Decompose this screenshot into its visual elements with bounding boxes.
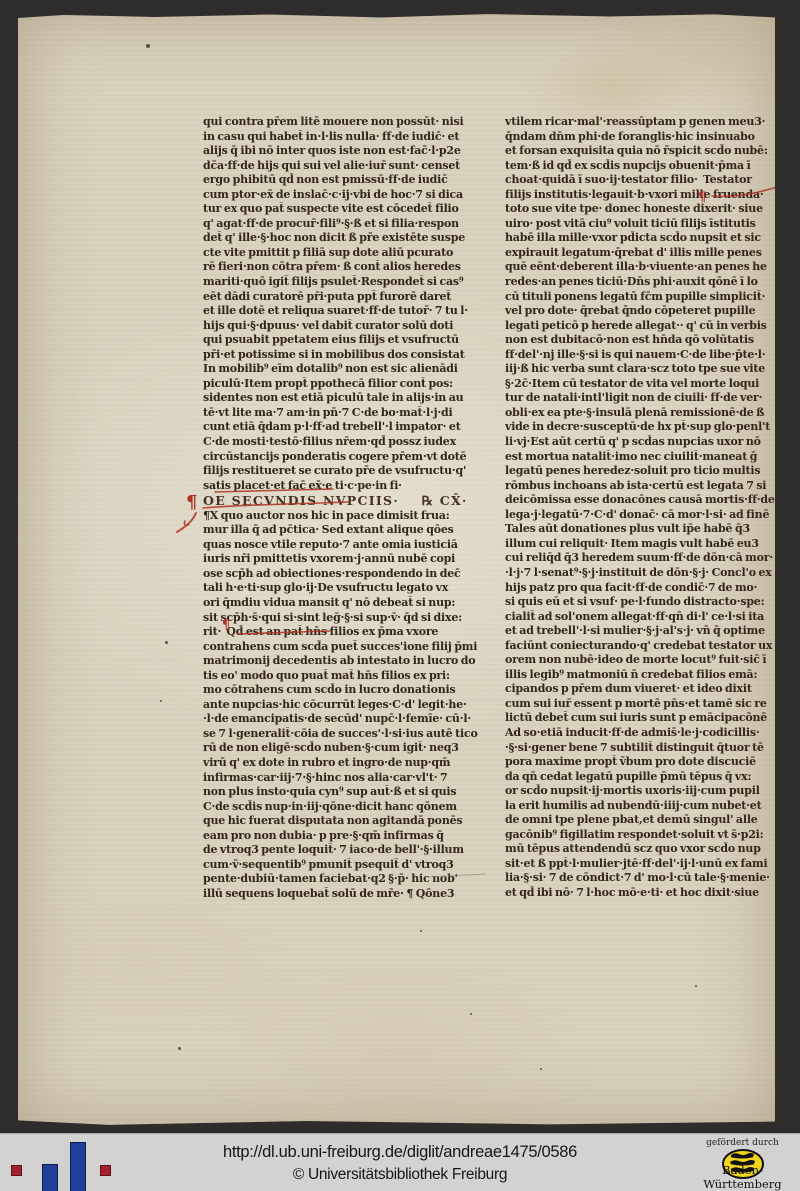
text-line: §·2c̄·Item cū testator de vita vel morte… <box>505 377 787 392</box>
text-line: vide in decre·susceptū·de hx pt̄·sup glo… <box>505 420 787 435</box>
text-line: pr̄i·et potissime si in mobilibus dos co… <box>203 348 485 363</box>
text-line: cui reliq̄d q̄3 heredem suum·ff·de dōn·c… <box>505 551 787 566</box>
pilcrow-tail <box>177 513 196 532</box>
text-line: orem non nubē·ideo de morte locut⁹ fuit·… <box>505 653 787 668</box>
text-line: si quis eū et si vsuf· pe·l·fundo distra… <box>505 595 787 610</box>
text-line: satis placet·et fac̄ ex̄·e ti·c·pe·in fi… <box>203 479 485 494</box>
text-line: et ad trebell'·l·si mulier·§·j·al's·j· v… <box>505 624 787 639</box>
text-line: tur ex quo pat̄ suspecte vite est cōcede… <box>203 202 485 217</box>
text-line: C·de scd̄is nup·in·iij·qōne·dicit hanc q… <box>203 800 485 815</box>
text-line: ff·del'·nj ille·§·si is qui nauem·C·de l… <box>505 348 787 363</box>
text-line: rē fieri·non cōtra pr̄em· ß cont̄ alios … <box>203 260 485 275</box>
chapter-rubric: OE SECVNDIS NVPCIIS· ℞ CX̄· <box>203 493 485 509</box>
text-line: infirmas·car·iij·7·§·hinc nos alia·car·v… <box>203 771 485 786</box>
text-line: tē·vt lite ma·7 am·in pn̄·7 C·de bo·mat̄… <box>203 406 485 421</box>
text-line: ose scp̄h ad obiectiones·respondendo in … <box>203 567 485 582</box>
scan-viewer: { "page": { "heading": "OE SECVNDIS NVPC… <box>0 0 800 1191</box>
text-line: ·l·j·7 l·senat⁹·§·j·instituit de dōn·§·j… <box>505 566 787 581</box>
page-speck <box>160 700 162 702</box>
text-line: tis eo' modo quo puat̄ mat̄ hn̄s filios … <box>203 669 485 684</box>
text-line: illis legib⁹ matmoniū n̄ credebat filios… <box>505 668 787 683</box>
text-line: iij·ß hic verba sunt clara·scz toto tpe … <box>505 362 787 377</box>
text-line: ·l·de emancipatis·de secūd' nupc̄·l·femī… <box>203 712 485 727</box>
text-line: tem·ß id qd̄ ex scd̄is nupcijs obuenit·p… <box>505 159 787 174</box>
text-line: eam pro non dubia· p pre·§·qm̄ infirmas … <box>203 829 485 844</box>
text-column-right: vtilem ricar·mal'·reassūptam p genen meu… <box>505 115 787 901</box>
text-line: lega·j·legatū·7·C·d' donac̄· cā mor·l·si… <box>505 508 787 523</box>
text-line: toto sue vite tpe· donec honeste dixerit… <box>505 202 787 217</box>
text-line: det̄ q' ille·§·hoc non dicit ß pr̄e exis… <box>203 231 485 246</box>
text-line: filijs institutis·legauit·b·vxori mille … <box>505 188 787 203</box>
text-line: se 7 l·generalit̄·cōia de succes'·l·si·i… <box>203 727 485 742</box>
text-line: et qd̄ ibi nō· 7 l·hoc mō·e·ti· et hoc d… <box>505 886 787 901</box>
text-line: rū de non eligē·scd̄o nuben·§·cum igit̄·… <box>203 741 485 756</box>
text-line: cialit̄ ad sol'onem allegat·ff·qn̄ di·l'… <box>505 610 787 625</box>
text-line: hijs qui·§·dpuus· vel dabit̄ curator sol… <box>203 319 485 334</box>
funder-name: Baden-Württemberg <box>690 1163 795 1191</box>
rubric-pilcrow-icon: ¶ <box>222 618 230 633</box>
text-line: obli·ex ea pte·§·insulā plenā remissionē… <box>505 406 787 421</box>
text-line: est mortua natalit̄·imo nec ciuilit̄·man… <box>505 450 787 465</box>
text-line: iuris nr̄i pmittetis vxorem·j·annū nubē … <box>203 552 485 567</box>
column-section-lower: ¶X quo auctor nos hic in pace dimisit fr… <box>203 509 485 902</box>
text-line: qui contra pr̄em litē mouere non possūt·… <box>203 115 485 130</box>
text-line: ori q̄mdiu vidua mansit q' nō debeat̄ si… <box>203 596 485 611</box>
text-line: li·vj·Est aūt certū q' p scd̄as nupcias … <box>505 435 787 450</box>
text-line: circūstancijs ponderatis cogere pr̄em·vt… <box>203 450 485 465</box>
text-line: cte vite pmittit p filiā sup dote aliū p… <box>203 246 485 261</box>
text-line: pora maxime propt̄ v̄bum pro dote discuc… <box>505 755 787 770</box>
text-line: pente·dubiū·tamen faciebat·q2 §·p̄· hic … <box>203 872 485 887</box>
rubric-pilcrow-icon: ¶ <box>186 492 197 513</box>
text-line: Tales aūt donationes plus vult ip̄e habē… <box>505 522 787 537</box>
text-line: In mobilib⁹ eīm dotalib⁹ non est sic ali… <box>203 362 485 377</box>
column-section-upper: qui contra pr̄em litē mouere non possūt·… <box>203 115 485 493</box>
text-line: et forsan exquisita quia nō r̄spicit scd… <box>505 144 787 159</box>
text-line: redes·an penes ticiū·Dn̄s phi·auxit qōnē… <box>505 275 787 290</box>
text-line: legatū penes heredez·soluit pro ticio mu… <box>505 464 787 479</box>
caption-bar: http://dl.ub.uni-freiburg.de/diglit/andr… <box>0 1133 800 1191</box>
text-line: la erit humilis ad nubendū·iiij·cum nube… <box>505 799 787 814</box>
page-speck <box>695 985 697 987</box>
text-line: cum sui iur̄ essent p mortē pn̄s·et tamē… <box>505 697 787 712</box>
text-line: rōmbus inchoans ab ista·certū est legata… <box>505 479 787 494</box>
text-line: q' agat·ff·de procur̄·fili⁹·§·ß et si fi… <box>203 217 485 232</box>
page-speck <box>165 641 168 644</box>
text-line: qui psuabit ppetatem eius filijs et vsuf… <box>203 333 485 348</box>
text-line: tur de natali·intl'ligit non de ciuili· … <box>505 391 787 406</box>
text-line: choat·quidā ī suo·ij·testator filio· Tes… <box>505 173 787 188</box>
text-line: vel pro dote· q̄rebat q̄ndo cōpeteret pu… <box>505 304 787 319</box>
document-url[interactable]: http://dl.ub.uni-freiburg.de/diglit/andr… <box>0 1143 800 1162</box>
text-line: cunt etiā q̄dam p·l·ff·ad trebell'·l imp… <box>203 420 485 435</box>
text-line: non est dubitacō·non est hn̄da qō volūta… <box>505 333 787 348</box>
text-line: sit scp̄h·s̄·qui si·sint leḡ·§·si sup·v̄… <box>203 611 485 626</box>
text-line: deicōmissa esse donacōnes causā mortis·f… <box>505 493 787 508</box>
text-line: or scd̄o nupsit·ij·mortis uxoris·iij·cum… <box>505 784 787 799</box>
page-speck <box>470 1013 472 1015</box>
text-line: uiro· post vitā ciu⁹ voluit ticiū filijs… <box>505 217 787 232</box>
page-speck <box>420 930 422 932</box>
text-line: expirauit legatum·q̄rebat d' illis mille… <box>505 246 787 261</box>
text-line: da qn̄ cedat legatū pupille p̄mū tēpus q… <box>505 770 787 785</box>
text-line: mur illa q̄ ad pc̄tica· Sed extant aliqu… <box>203 523 485 538</box>
text-line: virū q' ex dote in rubro et ingro·de nup… <box>203 756 485 771</box>
page-speck <box>146 44 150 48</box>
text-column-left: qui contra pr̄em litē mouere non possūt·… <box>203 115 485 901</box>
text-line: mū tēpus attendendū scz quo vxor scd̄o n… <box>505 842 787 857</box>
text-line: cipandos p pr̄em dum viueret· et ideo di… <box>505 682 787 697</box>
text-line: lictū debet̄ cum sui iuris sunt p emācip… <box>505 711 787 726</box>
copyright-notice: © Universitätsbibliothek Freiburg <box>0 1166 800 1184</box>
text-line: q̄ndam dn̄m phi·de foranglis·hic insinua… <box>505 130 787 145</box>
text-line: illum cui reliquit· Item magis vult habē… <box>505 537 787 552</box>
column-section: vtilem ricar·mal'·reassūptam p genen meu… <box>505 115 787 901</box>
text-line: vtilem ricar·mal'·reassūptam p genen meu… <box>505 115 787 130</box>
text-line: non plus insto·quia cyn⁹ sup aut̄·ß et s… <box>203 785 485 800</box>
text-line: mariti·quō igit̄ filijs psulet̄·Responde… <box>203 275 485 290</box>
text-line: ante nupcias·hic cōcurrūt leges·C·d' leg… <box>203 698 485 713</box>
text-line: cum ptor·ex̄ de inslac̄·c·ij·vbi de hoc·… <box>203 188 485 203</box>
text-line: cū tituli ponens legatū fc̄m pupille sim… <box>505 290 787 305</box>
text-line: tali h·e·ti·sup glo·ij·De vsufructu lega… <box>203 581 485 596</box>
text-line: dc̄a·ff·de hijs qui sui vel alie·iur̄ su… <box>203 159 485 174</box>
funder-label: gefördert durch <box>690 1138 795 1148</box>
text-line: Ad so·etiā inducit·ff·de admis̄·le·j·cod… <box>505 726 787 741</box>
text-line: legati peticō p herede allegat·· q' cū i… <box>505 319 787 334</box>
page-speck <box>178 1047 181 1050</box>
funder-block: gefördert durch Baden-Württemberg <box>690 1134 795 1191</box>
text-line: que hic fuerat disputata non agitandā po… <box>203 814 485 829</box>
text-line: alijs q̄ ibi nō inter quos iste non est·… <box>203 144 485 159</box>
text-line: matrimonij decedentis ab intestato in lu… <box>203 654 485 669</box>
text-line: eēt dādi curatorē pr̄i·puta ppt̄ furorē … <box>203 290 485 305</box>
manuscript-page: qui contra pr̄em litē mouere non possūt·… <box>18 13 775 1126</box>
rubric-pilcrow-icon: ¶ <box>698 190 706 205</box>
text-line: faciūnt coniecturando·q' credebat testat… <box>505 639 787 654</box>
text-line: hijs patz pro qua facit·ff·de condic̄·7 … <box>505 581 787 596</box>
text-line: sidentes non est etiā piculū tale in ali… <box>203 391 485 406</box>
text-line: de omni tpe plene pbat,et demū singul' a… <box>505 813 787 828</box>
text-line: quē eēnt·deberent illa·b·viuente·an pene… <box>505 260 787 275</box>
text-line: ergo phibitū qd̄ non est pmissū·ff·de iu… <box>203 173 485 188</box>
text-line: de vtroq3 pente loquit̄· 7 iaco·de bell'… <box>203 843 485 858</box>
text-line: filijs restitueret se curato pr̄e de vsu… <box>203 464 485 479</box>
text-line: ·§·si·gener bene 7 subtilit̄ distinguit … <box>505 741 787 756</box>
text-line: cum·v̄·sequentib⁹ pmunit̄ psequit̄ d' vt… <box>203 858 485 873</box>
text-line: ¶X quo auctor nos hic in pace dimisit fr… <box>203 509 485 524</box>
text-line: illū sequens loquebat̄ solū de mr̄e· ¶ Q… <box>203 887 485 902</box>
text-line: in casu qui habet̄ in·l·lis nulla· ff·de… <box>203 130 485 145</box>
text-line: sit·et ß ppt̄·l·mulier·jtē·ff·del'·ij·l·… <box>505 857 787 872</box>
text-line: et ille dotē et reliqua suaret·ff·de tut… <box>203 304 485 319</box>
text-line: rit· Qd̄ est an pat̄ hn̄s filios ex p̄ma… <box>203 625 485 640</box>
page-speck <box>540 1068 542 1070</box>
text-line: habē illa mille·vxor pd̄icta scd̄o nupsi… <box>505 231 787 246</box>
text-line: lia·§·si· 7 de cōndict·7 d' mo·l·cū tale… <box>505 871 787 886</box>
text-line: C·de mosti·testō·filius nr̄em·qd̄ possz … <box>203 435 485 450</box>
text-line: mo cōtrahens cum scd̄o in lucro donation… <box>203 683 485 698</box>
margin-tick <box>184 521 189 525</box>
text-line: contrahens cum scd̄a puet̄ succes'ione f… <box>203 640 485 655</box>
text-line: gacōnib⁹ figillatim respondet·soluit vt … <box>505 828 787 843</box>
text-line: quas nosce vtile reputo·7 ante omia iust… <box>203 538 485 553</box>
text-line: piculū·Item propt̄ ppothecā filior cont̄… <box>203 377 485 392</box>
